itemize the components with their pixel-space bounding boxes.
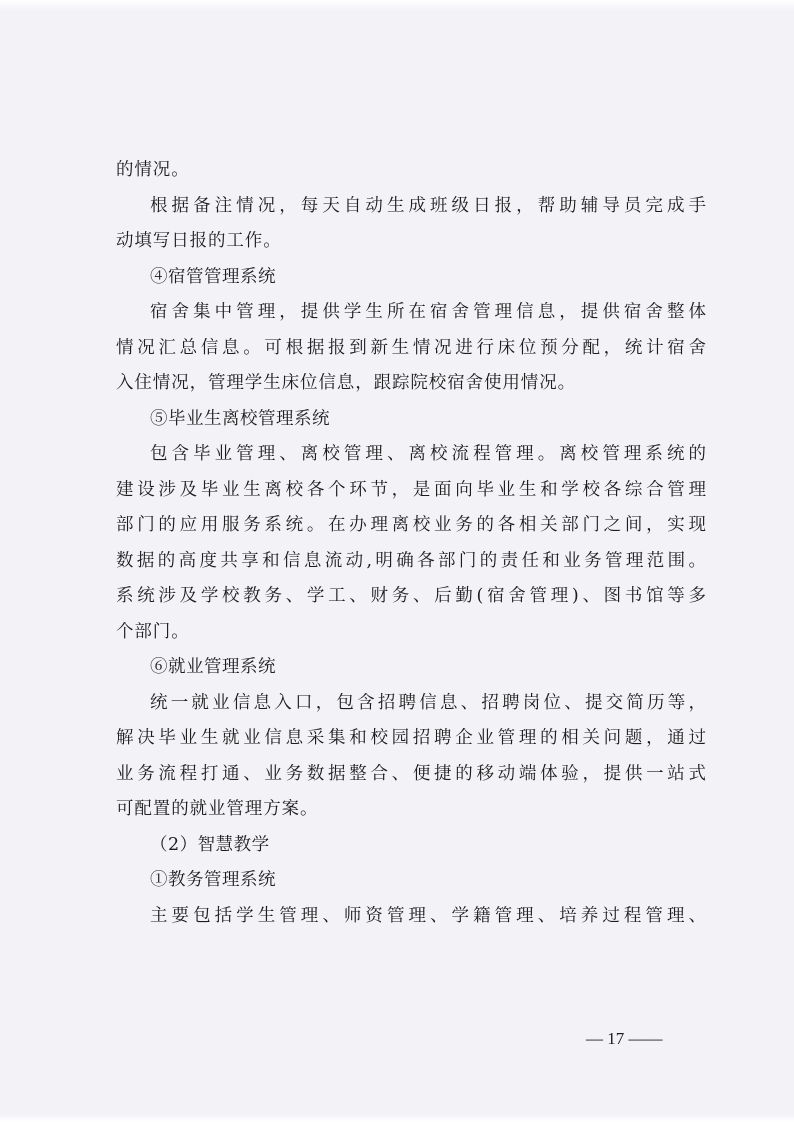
text-line-7: 入住情况，管理学生床位信息，跟踪院校宿舍使用情况。 (116, 366, 706, 402)
text-line-18: 业务流程打通、业务数据整合、便捷的移动端体验，提供一站式 (116, 757, 706, 793)
scan-bottom-edge (0, 1114, 794, 1122)
text-line-12: 数据的高度共享和信息流动,明确各部门的责任和业务管理范围。 (116, 544, 706, 580)
text-line-9: 包含毕业管理、离校管理、离校流程管理。离校管理系统的 (116, 437, 706, 473)
text-line-5: 宿舍集中管理，提供学生所在宿舍管理信息，提供宿舍整体 (116, 295, 706, 331)
text-line-17: 解决毕业生就业信息采集和校园招聘企业管理的相关问题，通过 (116, 721, 706, 757)
text-line-3: 动填写日报的工作。 (116, 224, 706, 260)
section-heading-dormitory-system: ④宿管管理系统 (116, 260, 706, 296)
text-line-16: 统一就业信息入口，包含招聘信息、招聘岗位、提交简历等， (116, 686, 706, 722)
section-heading-graduate-leaving-system: ⑤毕业生离校管理系统 (116, 402, 706, 438)
document-body: 的情况。 根据备注情况，每天自动生成班级日报，帮助辅导员完成手 动填写日报的工作… (116, 153, 706, 934)
section-heading-academic-affairs-system: ①教务管理系统 (116, 863, 706, 899)
text-line-14: 个部门。 (116, 615, 706, 651)
text-line-2: 根据备注情况，每天自动生成班级日报，帮助辅导员完成手 (116, 189, 706, 225)
section-heading-employment-system: ⑥就业管理系统 (116, 650, 706, 686)
text-line-10: 建设涉及毕业生离校各个环节，是面向毕业生和学校各综合管理 (116, 473, 706, 509)
text-line-1: 的情况。 (116, 153, 706, 189)
text-line-11: 部门的应用服务系统。在办理离校业务的各相关部门之间，实现 (116, 508, 706, 544)
scan-top-edge (0, 0, 794, 12)
text-line-6: 情况汇总信息。可根据报到新生情况进行床位预分配，统计宿舍 (116, 331, 706, 367)
text-line-19: 可配置的就业管理方案。 (116, 792, 706, 828)
section-heading-smart-teaching: （2）智慧教学 (116, 828, 706, 864)
page-number: — 17 —— (586, 1027, 663, 1051)
text-line-13: 系统涉及学校教务、学工、财务、后勤(宿舍管理)、图书馆等多 (116, 579, 706, 615)
text-line-22: 主要包括学生管理、师资管理、学籍管理、培养过程管理、 (116, 899, 706, 935)
